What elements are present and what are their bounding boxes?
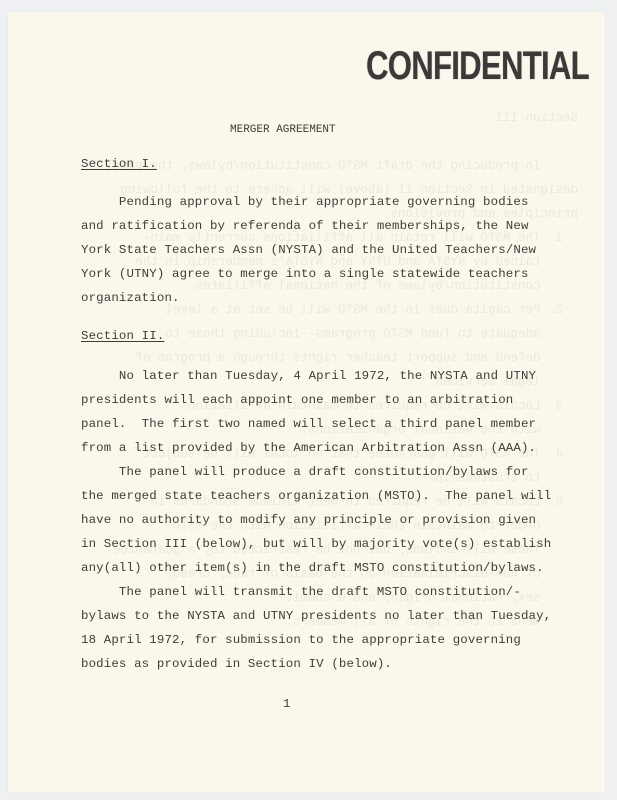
text-line: presidents will each appoint one member … bbox=[81, 394, 513, 406]
text-line: any(all) other item(s) in the draft MSTO… bbox=[81, 562, 544, 574]
text-line: have no authority to modify any principl… bbox=[81, 514, 536, 526]
bleed-through-text: Section III. In producing the draft MSTO… bbox=[108, 82, 578, 634]
document-page: Section III. In producing the draft MSTO… bbox=[8, 12, 605, 792]
text-line: No later than Tuesday, 4 April 1972, the… bbox=[81, 370, 536, 382]
text-line: bylaws to the NYSTA and UTNY presidents … bbox=[81, 610, 551, 622]
text-line: The panel will produce a draft constitut… bbox=[81, 466, 529, 478]
text-line: The panel will transmit the draft MSTO c… bbox=[81, 586, 521, 598]
document-title: MERGER AGREEMENT bbox=[230, 125, 336, 136]
text-line: from a list provided by the American Arb… bbox=[81, 442, 536, 454]
section-2-heading: Section II. bbox=[81, 330, 164, 342]
text-line: Pending approval by their appropriate go… bbox=[81, 196, 529, 208]
text-line: in Section III (below), but will by majo… bbox=[81, 538, 551, 550]
text-line: York (UTNY) agree to merge into a single… bbox=[81, 268, 529, 280]
text-line: bodies as provided in Section IV (below)… bbox=[81, 658, 392, 670]
text-line: the merged state teachers organization (… bbox=[81, 490, 551, 502]
page-number: 1 bbox=[283, 698, 291, 710]
confidential-stamp: CONFIDENTIAL bbox=[366, 46, 589, 86]
text-line: 18 April 1972, for submission to the app… bbox=[81, 634, 521, 646]
text-line: organization. bbox=[81, 292, 180, 304]
text-line: panel. The first two named will select a… bbox=[81, 418, 536, 430]
section-1-heading: Section I. bbox=[81, 158, 157, 170]
text-line: York State Teachers Assn (NYSTA) and the… bbox=[81, 244, 536, 256]
text-line: and ratification by referenda of their m… bbox=[81, 220, 529, 232]
